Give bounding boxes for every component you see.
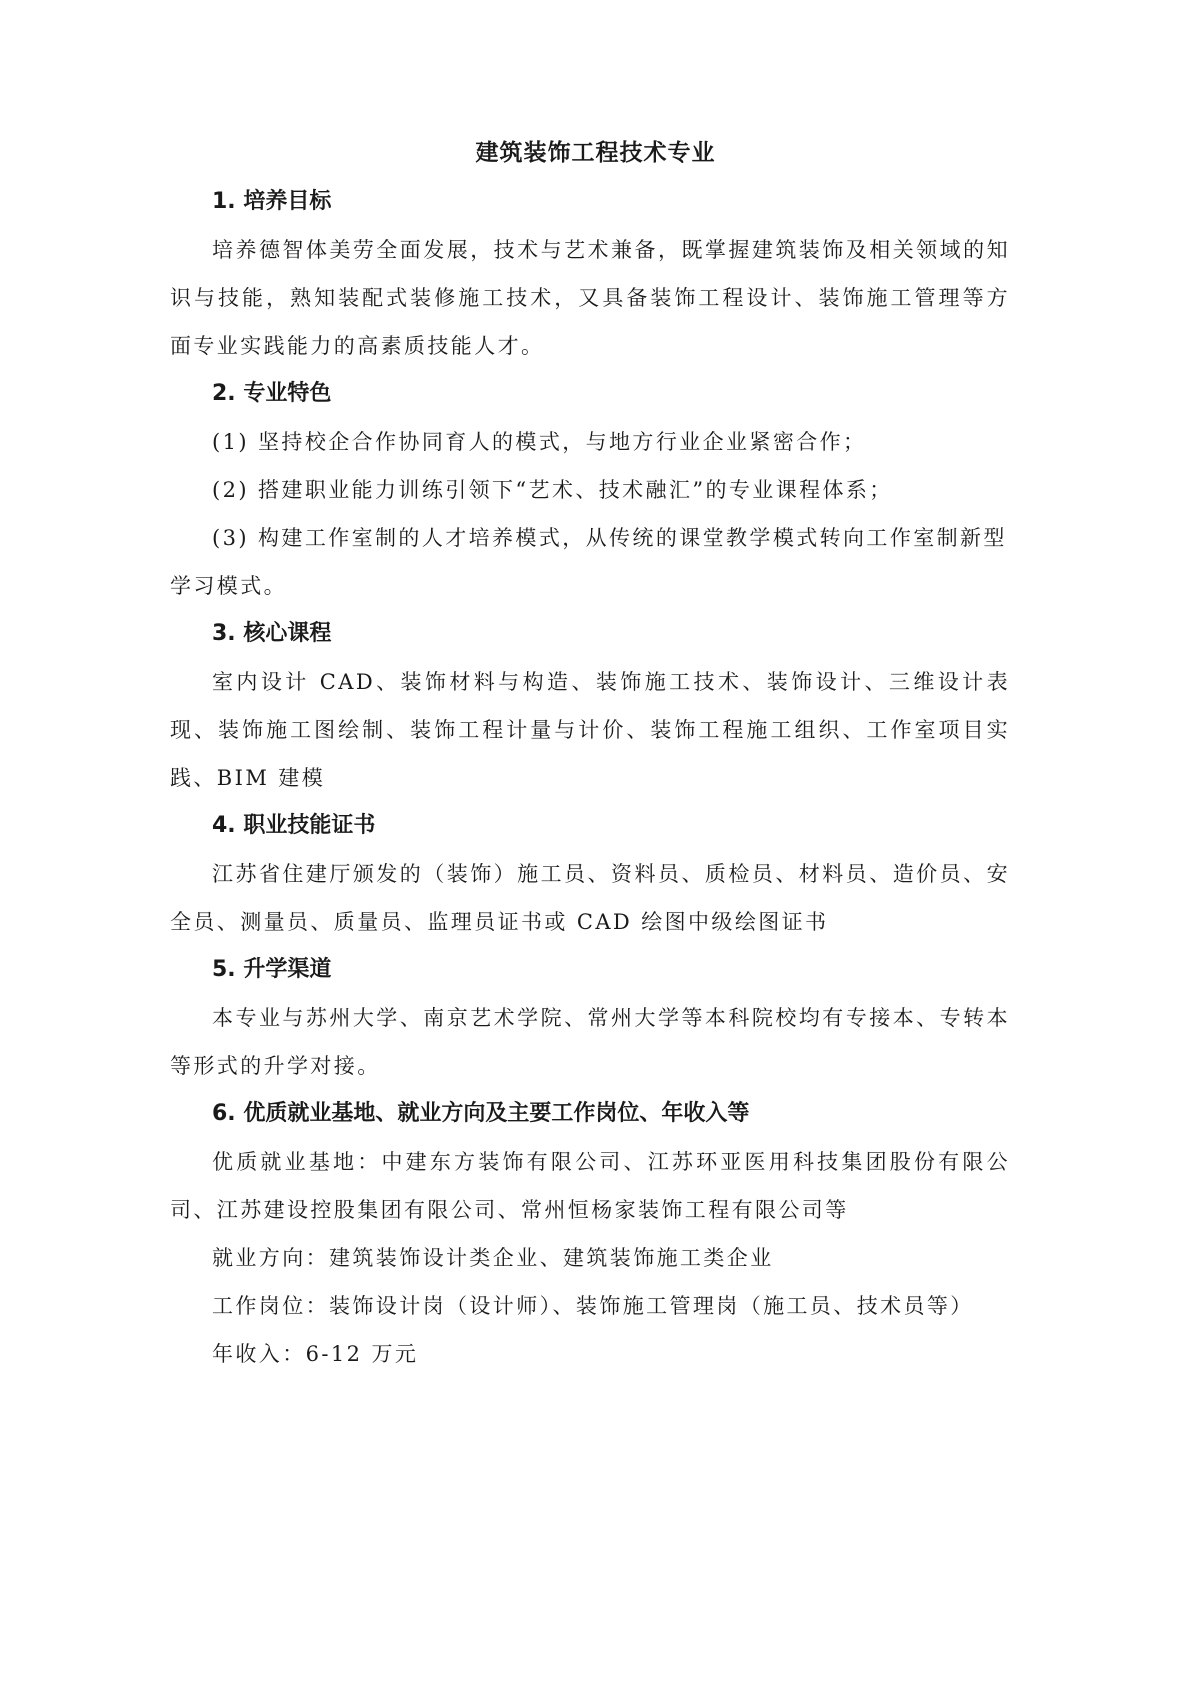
annual-income: 年收入：6-12 万元 (170, 1330, 1010, 1378)
section-certificates: 4. 职业技能证书 江苏省住建厅颁发的（装饰）施工员、资料员、质检员、材料员、造… (170, 802, 1010, 946)
paragraph: 本专业与苏州大学、南京艺术学院、常州大学等本科院校均有专接本、专转本等形式的升学… (170, 994, 1010, 1090)
section-core-courses: 3. 核心课程 室内设计 CAD、装饰材料与构造、装饰施工技术、装饰设计、三维设… (170, 610, 1010, 802)
section-employment: 6. 优质就业基地、就业方向及主要工作岗位、年收入等 优质就业基地：中建东方装饰… (170, 1090, 1010, 1378)
list-item: (2) 搭建职业能力训练引领下“艺术、技术融汇”的专业课程体系； (170, 466, 1010, 514)
page-title: 建筑装饰工程技术专业 (0, 134, 1191, 167)
paragraph: 培养德智体美劳全面发展，技术与艺术兼备，既掌握建筑装饰及相关领域的知识与技能，熟… (170, 226, 1010, 370)
section-further-study: 5. 升学渠道 本专业与苏州大学、南京艺术学院、常州大学等本科院校均有专接本、专… (170, 946, 1010, 1090)
section-heading: 2. 专业特色 (170, 370, 1010, 418)
section-heading: 4. 职业技能证书 (170, 802, 1010, 850)
section-heading: 1. 培养目标 (170, 178, 1010, 226)
section-features: 2. 专业特色 (1) 坚持校企合作协同育人的模式，与地方行业企业紧密合作； (… (170, 370, 1010, 610)
employment-bases: 优质就业基地：中建东方装饰有限公司、江苏环亚医用科技集团股份有限公司、江苏建设控… (170, 1138, 1010, 1234)
document-page: 建筑装饰工程技术专业 1. 培养目标 培养德智体美劳全面发展，技术与艺术兼备，既… (0, 0, 1191, 1684)
section-heading: 6. 优质就业基地、就业方向及主要工作岗位、年收入等 (170, 1090, 1010, 1138)
section-training-goals: 1. 培养目标 培养德智体美劳全面发展，技术与艺术兼备，既掌握建筑装饰及相关领域… (170, 178, 1010, 370)
paragraph: 室内设计 CAD、装饰材料与构造、装饰施工技术、装饰设计、三维设计表现、装饰施工… (170, 658, 1010, 802)
list-item: (1) 坚持校企合作协同育人的模式，与地方行业企业紧密合作； (170, 418, 1010, 466)
list-item: (3) 构建工作室制的人才培养模式，从传统的课堂教学模式转向工作室制新型学习模式… (170, 514, 1010, 610)
section-heading: 5. 升学渠道 (170, 946, 1010, 994)
employment-direction: 就业方向：建筑装饰设计类企业、建筑装饰施工类企业 (170, 1234, 1010, 1282)
section-heading: 3. 核心课程 (170, 610, 1010, 658)
job-positions: 工作岗位：装饰设计岗（设计师）、装饰施工管理岗（施工员、技术员等） (170, 1282, 1010, 1330)
paragraph: 江苏省住建厅颁发的（装饰）施工员、资料员、质检员、材料员、造价员、安全员、测量员… (170, 850, 1010, 946)
